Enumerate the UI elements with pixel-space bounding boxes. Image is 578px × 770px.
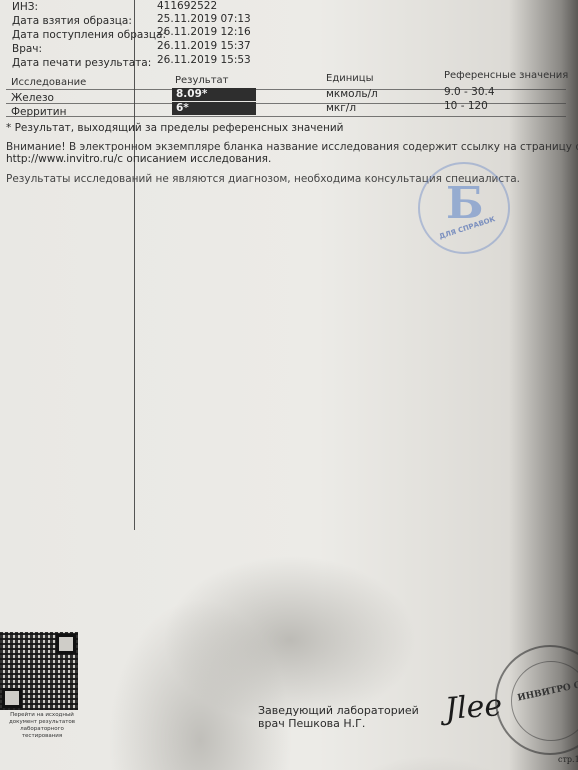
row-divider	[6, 116, 566, 117]
stamp-bottom: ИНВИТРО С	[495, 645, 578, 755]
qr-code[interactable]	[0, 632, 78, 710]
meta-value: 25.11.2019 07:13	[157, 13, 251, 25]
meta-label: Дата взятия образца:	[12, 15, 132, 27]
header-reference: Референсные значения	[444, 70, 568, 81]
cell-reference: 10 - 120	[444, 100, 488, 112]
meta-value: 411692522	[157, 0, 217, 12]
page-number: стр.1	[558, 755, 578, 764]
qr-caption: Перейти на исходный документ результатов…	[2, 712, 82, 740]
signature-title: Заведующий лабораторией	[258, 704, 419, 717]
attention-line-2: http://www.invitro.ru/с описанием исслед…	[6, 153, 271, 165]
header-result: Результат	[175, 75, 228, 86]
cell-result: 6*	[172, 102, 256, 115]
attention-line-1: Внимание! В электронном экземпляре бланк…	[6, 141, 578, 153]
signature-name: врач Пешкова Н.Г.	[258, 717, 365, 730]
header-units: Единицы	[326, 73, 373, 84]
stamp-top: Б ДЛЯ СПРАВОК	[418, 162, 510, 254]
meta-label: Дата печати результата:	[12, 57, 151, 69]
cell-reference: 9.0 - 30.4	[444, 86, 495, 98]
meta-label: Врач:	[12, 43, 42, 55]
meta-label: Дата поступления образца:	[12, 29, 166, 41]
cell-result: 8.09*	[172, 88, 256, 101]
meta-value: 26.11.2019 15:37	[157, 40, 251, 52]
meta-label: ИНЗ:	[12, 1, 38, 13]
cell-units: мкг/л	[326, 102, 356, 114]
header-test: Исследование	[11, 77, 86, 88]
meta-value: 26.11.2019 12:16	[157, 26, 251, 38]
fold-line	[134, 0, 135, 530]
footnote: * Результат, выходящий за пределы рефере…	[6, 122, 343, 134]
cell-units: мкмоль/л	[326, 88, 378, 100]
meta-value: 26.11.2019 15:53	[157, 54, 251, 66]
